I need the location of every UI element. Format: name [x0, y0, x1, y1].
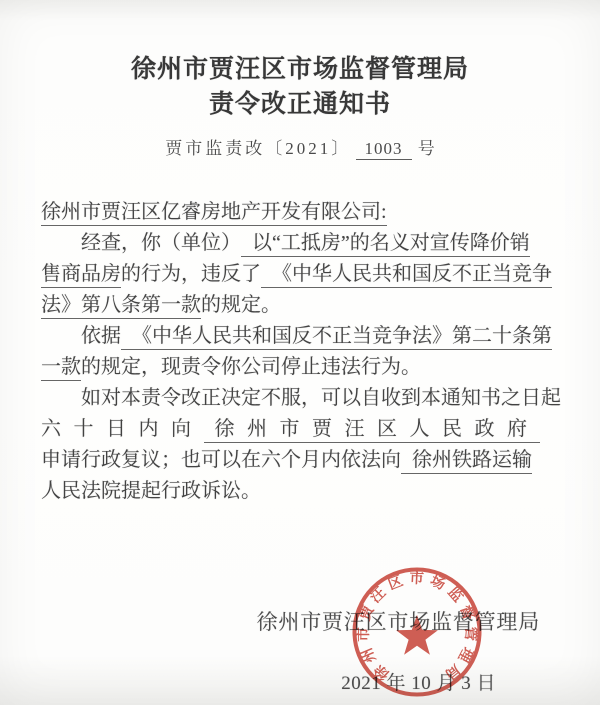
filled-in-text: 《中华人民共和国反不正当竞争 — [261, 263, 552, 288]
body-text: 的规定，现责令你公司停止违法行为。 — [81, 356, 421, 378]
body-text: 经查，你（单位） — [81, 232, 241, 254]
filled-in-text: 以“工抵房”的名义对宣传降价销 — [241, 232, 530, 257]
filled-in-text: 徐州市贾汪区亿睿房地产开发有限公司: — [41, 201, 387, 226]
body-text: 的规定。 — [201, 294, 281, 316]
filled-in-text: 一款 — [41, 356, 81, 381]
document-page: 徐州市贾汪区市场监督管理局 责令改正通知书 贾市监责改〔2021〕 1003 号… — [0, 0, 600, 705]
body-text: 六十日内向 — [41, 418, 204, 440]
filled-in-text: 《中华人民共和国反不正当竞争法》第二十条第 — [121, 325, 552, 350]
filled-in-text: 售商品房 — [41, 263, 121, 288]
body-text: 的行为，违反了 — [121, 263, 261, 285]
body-text: 如对本责令改正决定不服，可以自收到本通知书之日起 — [81, 387, 561, 409]
filled-in-text: 法》第八条第一款 — [41, 294, 201, 319]
doc-number-suffix: 号 — [418, 139, 435, 158]
body-line: 依据《中华人民共和国反不正当竞争法》第二十条第 — [41, 321, 565, 352]
body-line: 法》第八条第一款的规定。 — [41, 290, 565, 321]
official-seal: 徐州市贾汪区市场监督管理局 — [348, 563, 486, 701]
body-line: 徐州市贾汪区亿睿房地产开发有限公司: — [41, 197, 565, 228]
body-text: 依据 — [81, 325, 121, 347]
body-line: 售商品房的行为，违反了《中华人民共和国反不正当竞争 — [41, 259, 565, 290]
filled-in-text: 徐州铁路运输 — [401, 449, 532, 474]
body-line: 人民法院提起行政诉讼。 — [41, 476, 565, 507]
body-line: 如对本责令改正决定不服，可以自收到本通知书之日起 — [41, 383, 565, 414]
body-line: 六十日内向徐州市贾汪区人民政府 — [41, 414, 565, 445]
document-title: 徐州市贾汪区市场监督管理局 责令改正通知书 — [0, 52, 600, 122]
document-body: 徐州市贾汪区亿睿房地产开发有限公司:经查，你（单位）以“工抵房”的名义对宣传降价… — [41, 197, 565, 507]
doc-number-value: 1003 — [356, 139, 412, 160]
issuer-title: 徐州市贾汪区市场监督管理局 — [0, 52, 600, 87]
body-text: 人民法院提起行政诉讼。 — [41, 480, 261, 502]
body-text: 申请行政复议；也可以在六个月内依法向 — [41, 449, 401, 471]
body-line: 一款的规定，现责令你公司停止违法行为。 — [41, 352, 565, 383]
doc-number-prefix: 贾市监责改〔2021〕 — [165, 139, 351, 158]
doc-number: 贾市监责改〔2021〕 1003 号 — [0, 136, 600, 162]
body-line: 经查，你（单位）以“工抵房”的名义对宣传降价销 — [41, 228, 565, 259]
notice-title: 责令改正通知书 — [0, 87, 600, 122]
body-line: 申请行政复议；也可以在六个月内依法向徐州铁路运输 — [41, 445, 565, 476]
filled-in-text: 徐州市贾汪区人民政府 — [204, 418, 540, 443]
star-icon — [396, 615, 438, 655]
